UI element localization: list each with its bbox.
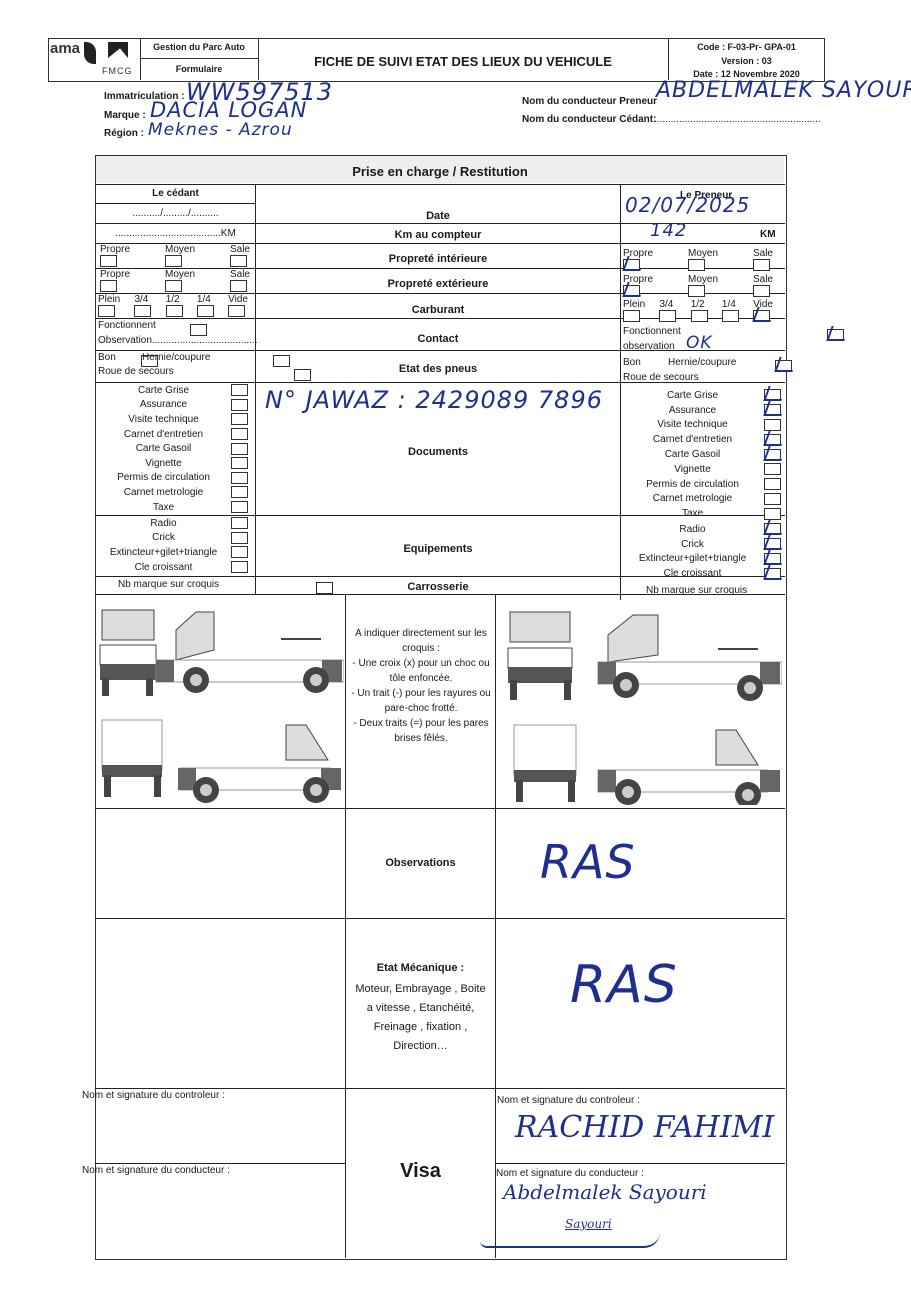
logo-ama: ama	[50, 40, 80, 57]
preneur-km-field[interactable]: 142	[650, 220, 687, 241]
option-sale: Sale	[753, 248, 773, 271]
checkbox[interactable]	[231, 413, 248, 425]
preneur-controleur-label: Nom et signature du controleur :	[497, 1095, 640, 1106]
divider	[95, 203, 256, 204]
checkbox-checked[interactable]	[623, 259, 640, 271]
checkbox-checked[interactable]	[764, 389, 781, 401]
checklist-label: Radio	[621, 524, 764, 535]
fmcg-mark-icon	[108, 42, 128, 58]
checkbox[interactable]	[231, 486, 248, 498]
checklist-item: Crick	[96, 531, 248, 546]
checkbox[interactable]	[228, 305, 245, 317]
checkbox[interactable]	[231, 399, 248, 411]
checklist-item: Carte Gasoil	[96, 441, 248, 456]
option-3-4: 3/4	[134, 294, 151, 317]
checklist-item: Cle croissant	[621, 566, 781, 581]
checklist-label: Radio	[96, 518, 231, 529]
visa-label: Visa	[346, 1160, 495, 1183]
logo-fmcg: FMCG	[102, 66, 133, 76]
checkbox[interactable]	[231, 384, 248, 396]
cedant-documents-list: Carte GriseAssuranceVisite techniqueCarn…	[96, 383, 248, 514]
instruction-line: A indiquer directement sur les croquis :	[348, 626, 494, 656]
checkbox-checked[interactable]	[764, 434, 781, 446]
checklist-item: Taxe	[621, 506, 781, 521]
divider	[95, 1163, 345, 1164]
checkbox[interactable]	[722, 310, 739, 322]
km-suffix: KM	[760, 229, 776, 240]
row-label-proprete-ext: Propreté extérieure	[256, 278, 620, 290]
preneur-field[interactable]: ABDELMALEK SAYOURI	[656, 78, 911, 103]
row-label-proprete-int: Propreté intérieure	[256, 253, 620, 265]
preneur-label: Nom du conducteur Preneur	[522, 96, 657, 107]
checklist-item: Assurance	[621, 403, 781, 418]
option-1-4: 1/4	[197, 294, 214, 317]
checklist-label: Permis de circulation	[621, 479, 764, 490]
preneur-controleur-signature[interactable]: RACHID FAHIMI	[515, 1110, 774, 1145]
option-moyen: Moyen	[165, 269, 195, 292]
checklist-label: Carnet metrologie	[96, 487, 231, 498]
leaf-icon	[84, 42, 96, 64]
preneur-conducteur-signature[interactable]: Abdelmalek Sayouri	[503, 1180, 707, 1204]
cedant-contact-checkbox[interactable]	[190, 324, 207, 336]
checkbox[interactable]	[231, 472, 248, 484]
divider	[255, 184, 256, 594]
checklist-item: Extincteur+gilet+triangle	[621, 552, 781, 567]
checkbox-checked[interactable]	[753, 310, 770, 322]
preneur-conducteur-label: Nom et signature du conducteur :	[496, 1168, 644, 1179]
cedant-controleur-label: Nom et signature du controleur :	[82, 1090, 225, 1101]
checklist-item: Carte Gasoil	[621, 447, 781, 462]
checkbox[interactable]	[688, 259, 705, 271]
divider	[95, 1088, 785, 1089]
preneur-contact-checkbox[interactable]	[827, 329, 844, 341]
vehicle-sketch-cedant[interactable]	[96, 600, 344, 805]
checkbox[interactable]	[764, 478, 781, 490]
checklist-item: Extincteur+gilet+triangle	[96, 545, 248, 560]
vehicle-sketch-preneur[interactable]	[498, 600, 782, 805]
cedant-pneus-hernie-checkbox[interactable]	[273, 355, 290, 367]
signature-stroke	[480, 1232, 660, 1248]
checkbox[interactable]	[753, 285, 770, 297]
option-vide: Vide	[228, 294, 248, 317]
checklist-item: Visite technique	[621, 418, 781, 433]
checklist-item: Taxe	[96, 500, 248, 515]
checklist-label: Crick	[621, 539, 764, 550]
checklist-item: Carte Grise	[621, 388, 781, 403]
checklist-label: Carte Gasoil	[621, 449, 764, 460]
cedant-conducteur-label: Nom et signature du conducteur :	[82, 1165, 230, 1176]
preneur-carburant: Plein 3/4 1/2 1/4 Vide	[623, 299, 773, 322]
checklist-label: Taxe	[96, 502, 231, 513]
jawaz-note[interactable]: N° JAWAZ : 2429089 7896	[265, 386, 603, 414]
checklist-item: Cle croissant	[96, 560, 248, 575]
row-label-documents: Documents	[256, 446, 620, 458]
checklist-label: Carte Grise	[96, 385, 231, 396]
checklist-item: Crick	[621, 537, 781, 552]
option-moyen: Moyen	[165, 244, 195, 267]
checklist-item: Radio	[621, 522, 781, 537]
checkbox-checked[interactable]	[764, 553, 781, 565]
checkbox[interactable]	[764, 463, 781, 475]
header-code-cell: Code : F-03-Pr- GPA-01 Version : 03 Date…	[668, 38, 824, 80]
checkbox[interactable]	[688, 285, 705, 297]
checklist-label: Carnet d'entretien	[621, 434, 764, 445]
checklist-label: Vignette	[96, 458, 231, 469]
option-propre: Propre	[623, 248, 653, 271]
cedant-header: Le cédant	[96, 188, 255, 199]
checkbox[interactable]	[231, 532, 248, 544]
preneur-proprete-int: Propre Moyen Sale	[623, 248, 773, 271]
option-1-4: 1/4	[722, 299, 739, 322]
cedant-contact-label: Fonctionnent	[98, 320, 156, 331]
preneur-pneus-bon-label: Bon	[623, 357, 641, 368]
region-field[interactable]: Meknes - Azrou	[148, 120, 293, 140]
option-sale: Sale	[230, 269, 250, 292]
row-label-contact: Contact	[256, 333, 620, 345]
divider	[140, 58, 258, 59]
cedant-observation-field[interactable]: Observation.............................…	[98, 335, 258, 346]
cedant-label: Nom du conducteur Cédant:	[522, 114, 656, 125]
preneur-pneus-bon-checkbox[interactable]	[775, 360, 792, 372]
checkbox[interactable]	[230, 255, 247, 267]
checklist-item: Radio	[96, 516, 248, 531]
preneur-observation-label: observation	[623, 341, 675, 352]
checklist-item: Vignette	[96, 456, 248, 471]
option-1-2: 1/2	[691, 299, 708, 322]
instruction-line: - Deux traits (=) pour les pares brises …	[348, 716, 494, 746]
checkbox[interactable]	[231, 428, 248, 440]
mecanique-description: Moteur, Embrayage , Boite a vitesse , Et…	[352, 980, 489, 1056]
preneur-mecanique-field[interactable]: RAS	[570, 955, 678, 1015]
checkbox[interactable]	[764, 419, 781, 431]
company-logo: ama FMCG	[48, 38, 141, 80]
cedant-date-field[interactable]: ........../........./..........	[96, 208, 255, 219]
checklist-label: Vignette	[621, 464, 764, 475]
croquis-instructions: A indiquer directement sur les croquis :…	[348, 626, 494, 746]
checkbox[interactable]	[231, 517, 248, 529]
checklist-label: Carnet metrologie	[621, 493, 764, 504]
checkbox[interactable]	[231, 457, 248, 469]
van-diagram-icon	[498, 600, 782, 805]
checklist-label: Carte Gasoil	[96, 443, 231, 454]
checkbox[interactable]	[231, 561, 248, 573]
option-plein: Plein	[98, 294, 120, 317]
preneur-conducteur-signature-mark: Sayouri	[565, 1217, 612, 1231]
checkbox[interactable]	[165, 255, 182, 267]
cedant-km-field[interactable]: ......................................KM	[96, 228, 255, 239]
cedant-proprete-int: Propre Moyen Sale	[100, 244, 250, 267]
row-label-equipements: Equipements	[256, 543, 620, 555]
preneur-contact-label: Fonctionnent	[623, 326, 681, 337]
checkbox[interactable]	[691, 310, 708, 322]
doc-type-label: Formulaire	[140, 64, 258, 74]
checkbox[interactable]	[623, 310, 640, 322]
checkbox[interactable]	[764, 493, 781, 505]
cedant-equipements-list: RadioCrickExtincteur+gilet+triangleCle c…	[96, 516, 248, 574]
cedant-field[interactable]: ........................................…	[654, 114, 821, 125]
divider	[495, 1163, 785, 1164]
checkbox[interactable]	[230, 280, 247, 292]
cedant-mecanique-field[interactable]	[96, 919, 345, 1087]
marque-label: Marque :	[104, 110, 146, 121]
code-label: Code : F-03-Pr- GPA-01	[669, 42, 824, 52]
cedant-roue-secours-checkbox[interactable]	[294, 369, 311, 381]
preneur-pneus-hernie-label: Hernie/coupure	[668, 357, 736, 368]
dept-label: Gestion du Parc Auto	[140, 42, 258, 52]
checklist-item: Visite technique	[96, 412, 248, 427]
divider	[495, 594, 496, 1258]
checkbox[interactable]	[100, 255, 117, 267]
header-dept-cell: Gestion du Parc Auto Formulaire	[140, 38, 259, 80]
preneur-documents-list: Carte GriseAssuranceVisite techniqueCarn…	[621, 388, 781, 521]
checkbox[interactable]	[231, 501, 248, 513]
option-propre: Propre	[100, 244, 130, 267]
checklist-label: Carnet d'entretien	[96, 429, 231, 440]
cedant-proprete-ext: Propre Moyen Sale	[100, 269, 250, 292]
preneur-roue-secours-label: Roue de secours	[623, 372, 699, 383]
preneur-observations-field[interactable]: RAS	[540, 835, 636, 889]
checkbox[interactable]	[98, 305, 115, 317]
checklist-item: Carte Grise	[96, 383, 248, 398]
checkbox[interactable]	[231, 443, 248, 455]
checklist-item: Carnet d'entretien	[96, 427, 248, 442]
mecanique-title: Etat Mécanique :	[346, 962, 495, 974]
form-title: FICHE DE SUIVI ETAT DES LIEUX DU VEHICUL…	[258, 54, 668, 69]
checklist-label: Assurance	[621, 405, 764, 416]
divider	[95, 350, 785, 351]
cedant-nb-marque-checkbox[interactable]	[316, 582, 333, 594]
option-plein: Plein	[623, 299, 645, 322]
checklist-label: Crick	[96, 532, 231, 543]
cedant-pneus-hernie-label: Hernie/coupure	[142, 352, 210, 363]
checklist-label: Visite technique	[96, 414, 231, 425]
checklist-item: Carnet d'entretien	[621, 432, 781, 447]
checkbox[interactable]	[753, 259, 770, 271]
checkbox[interactable]	[165, 280, 182, 292]
option-3-4: 3/4	[659, 299, 676, 322]
preneur-equipements-list: RadioCrickExtincteur+gilet+triangleCle c…	[621, 522, 781, 581]
checklist-label: Cle croissant	[621, 568, 764, 579]
option-propre: Propre	[100, 269, 130, 292]
divider	[345, 594, 346, 1258]
row-label-km: Km au compteur	[256, 229, 620, 241]
divider	[95, 184, 785, 185]
checkbox[interactable]	[166, 305, 183, 317]
checklist-item: Assurance	[96, 398, 248, 413]
option-propre: Propre	[623, 274, 653, 297]
row-label-date: Date	[256, 210, 620, 222]
preneur-date-field[interactable]: 02/07/2025	[625, 193, 750, 217]
option-moyen: Moyen	[688, 274, 718, 297]
cedant-nb-marque-label: Nb marque sur croquis	[118, 579, 219, 590]
checklist-label: Taxe	[621, 508, 764, 519]
cedant-pneus-bon-label: Bon	[98, 352, 116, 363]
checkbox-checked[interactable]	[623, 285, 640, 297]
option-sale: Sale	[753, 274, 773, 297]
instruction-line: - Une croix (x) pour un choc ou tôle enf…	[348, 656, 494, 686]
checklist-label: Extincteur+gilet+triangle	[96, 547, 231, 558]
checkbox-checked[interactable]	[764, 404, 781, 416]
cedant-observations-field[interactable]	[96, 809, 345, 917]
option-moyen: Moyen	[688, 248, 718, 271]
checkbox-checked[interactable]	[764, 449, 781, 461]
checklist-item: Carnet metrologie	[621, 492, 781, 507]
van-diagram-icon	[96, 600, 344, 805]
checklist-item: Carnet metrologie	[96, 485, 248, 500]
option-sale: Sale	[230, 244, 250, 267]
checkbox[interactable]	[659, 310, 676, 322]
checkbox-checked[interactable]	[764, 538, 781, 550]
checkbox[interactable]	[134, 305, 151, 317]
checklist-label: Carte Grise	[621, 390, 764, 401]
observations-label: Observations	[346, 857, 495, 869]
checklist-label: Visite technique	[621, 419, 764, 430]
cedant-carburant: Plein 3/4 1/2 1/4 Vide	[98, 294, 248, 317]
row-label-carrosserie: Carrosserie	[256, 581, 620, 593]
checklist-item: Permis de circulation	[96, 471, 248, 486]
preneur-proprete-ext: Propre Moyen Sale	[623, 274, 773, 297]
option-vide: Vide	[753, 299, 773, 322]
checkbox-checked[interactable]	[764, 568, 781, 580]
checklist-label: Permis de circulation	[96, 472, 231, 483]
row-label-carburant: Carburant	[256, 304, 620, 316]
preneur-nb-marque-label: Nb marque sur croquis	[646, 585, 747, 596]
checkbox[interactable]	[231, 546, 248, 558]
checkbox[interactable]	[100, 280, 117, 292]
checkbox[interactable]	[764, 508, 781, 520]
checkbox[interactable]	[197, 305, 214, 317]
version-label: Version : 03	[669, 56, 824, 66]
checkbox-checked[interactable]	[764, 523, 781, 535]
checklist-item: Vignette	[621, 462, 781, 477]
checklist-label: Assurance	[96, 399, 231, 410]
checklist-item: Permis de circulation	[621, 477, 781, 492]
checklist-label: Cle croissant	[96, 562, 231, 573]
preneur-observation-field[interactable]: OK	[686, 333, 713, 353]
cedant-roue-secours-label: Roue de secours	[98, 366, 174, 377]
marque-field[interactable]: DACIA LOGAN	[150, 98, 307, 122]
region-label: Région :	[104, 128, 144, 139]
instruction-line: - Un trait (-) pour les rayures ou pare-…	[348, 686, 494, 716]
option-1-2: 1/2	[166, 294, 183, 317]
table-title: Prise en charge / Restitution	[96, 164, 784, 179]
checklist-label: Extincteur+gilet+triangle	[621, 553, 764, 564]
